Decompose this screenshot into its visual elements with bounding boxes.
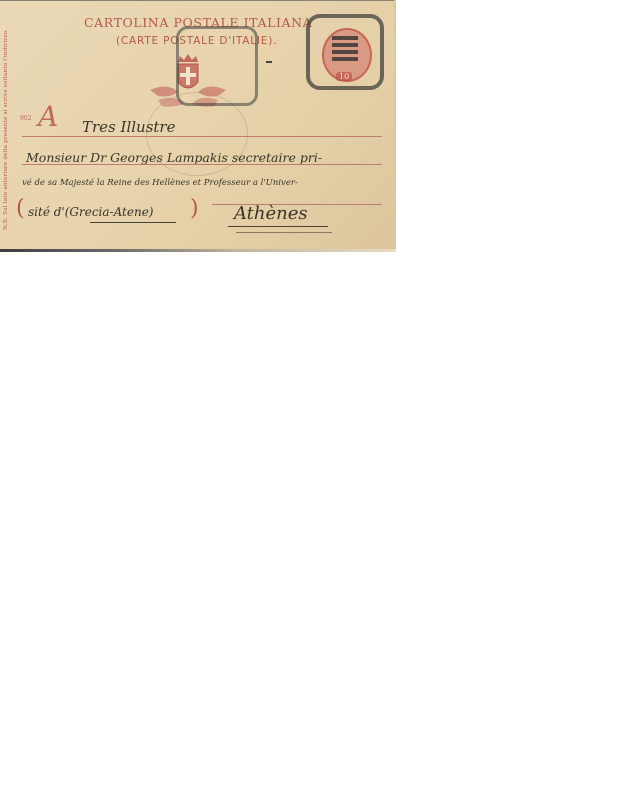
stamp-value: 10: [336, 72, 352, 81]
postmark-square-icon: [176, 26, 258, 106]
address-line-1: Tres Illustre: [82, 118, 175, 136]
number-mark: 902: [20, 115, 31, 122]
ruled-line-1: [22, 136, 382, 137]
bracket-left: (: [16, 196, 25, 221]
underline-grecia: [90, 222, 176, 223]
address-prefix: A: [38, 100, 58, 133]
underline-city-2: [236, 232, 332, 233]
postcard-image: N.B. Sul lato anteriore della presente s…: [0, 0, 396, 252]
card-edge: [394, 0, 396, 252]
ruled-line-2: [22, 164, 382, 165]
address-line-4: sité d'(Grecia-Atene): [28, 205, 153, 219]
address-city: Athènes: [234, 203, 308, 224]
postage-stamp-icon: 10: [306, 14, 384, 90]
side-note: N.B. Sul lato anteriore della presente s…: [3, 29, 9, 230]
address-line-3: vé de sa Majesté la Reine des Hellènes e…: [22, 178, 298, 188]
underline-city-1: [228, 226, 328, 227]
address-line-2: Monsieur Dr Georges Lampakis secretaire …: [26, 150, 322, 165]
bracket-right: ): [190, 196, 199, 221]
ink-mark: [266, 61, 272, 63]
